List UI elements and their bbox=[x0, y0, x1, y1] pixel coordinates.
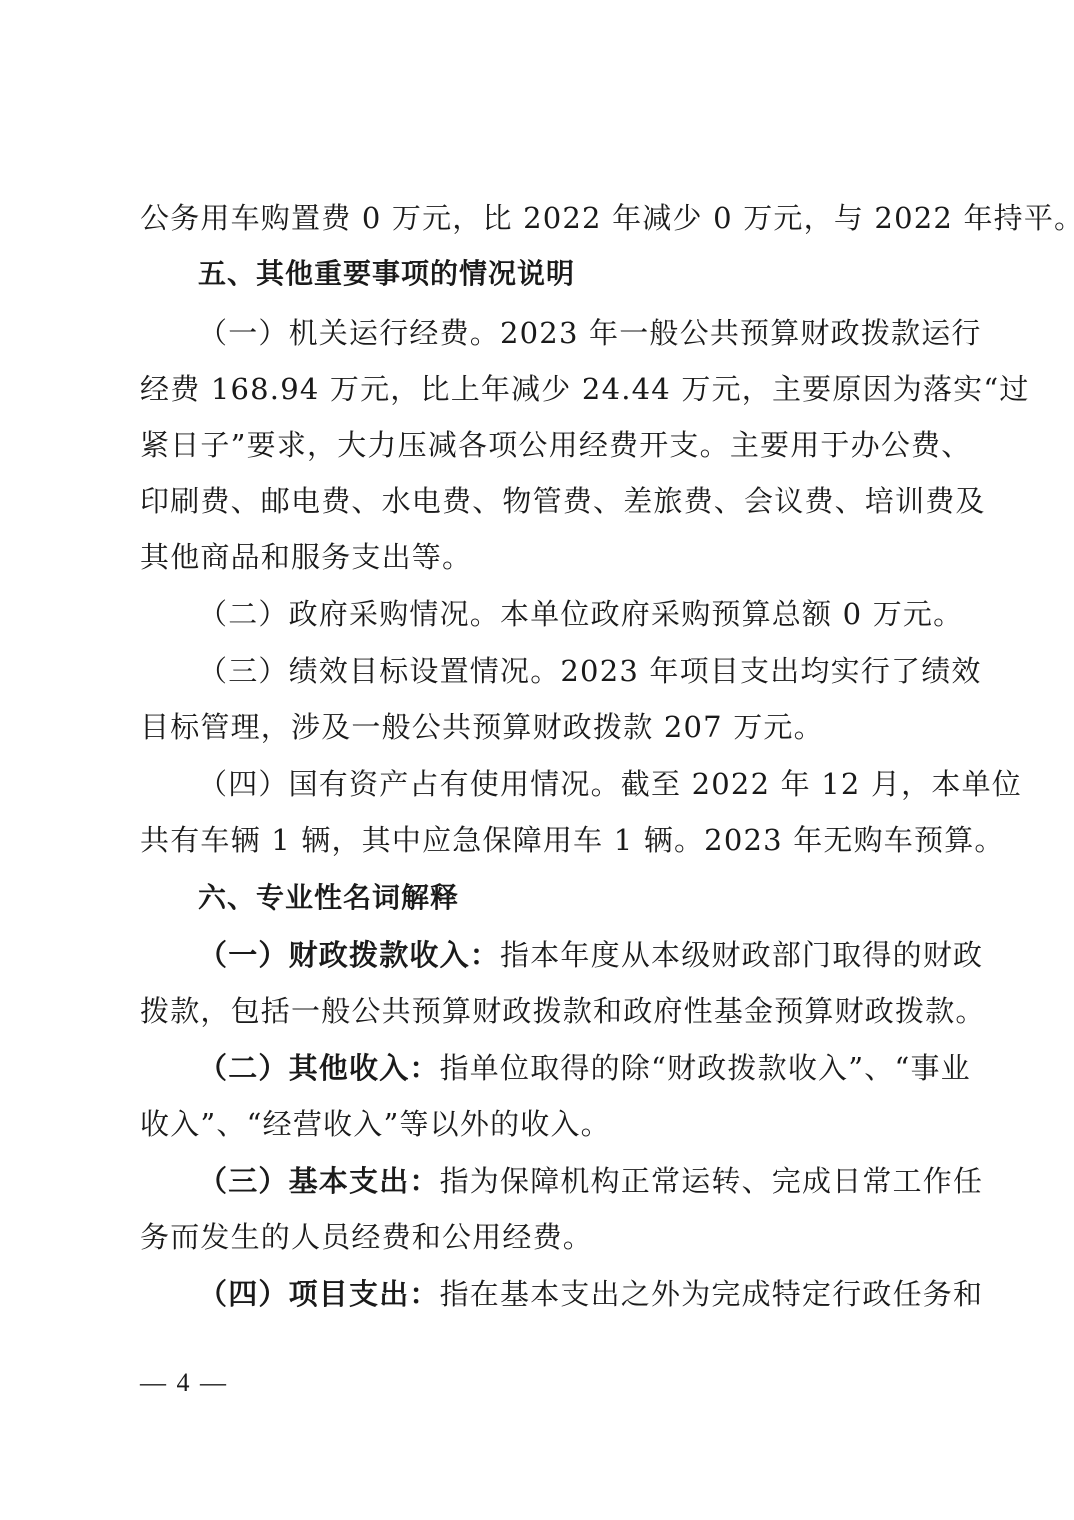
definition-line: 拨款，包括一般公共预算财政拨款和政府性基金预算财政拨款。 bbox=[140, 989, 940, 1033]
definition-line: 收入”、“经营收入”等以外的收入。 bbox=[140, 1102, 940, 1146]
definition-line: （四）项目支出：指在基本支出之外为完成特定行政任务和 bbox=[140, 1272, 998, 1316]
definition-text: 指单位取得的除“财政拨款收入”、“事业 bbox=[440, 1051, 971, 1085]
definition-text: 指在基本支出之外为完成特定行政任务和 bbox=[440, 1277, 984, 1311]
definition-text: 指为保障机构正常运转、完成日常工作任 bbox=[440, 1164, 984, 1198]
definition-text: 指本年度从本级财政部门取得的财政 bbox=[500, 938, 983, 972]
paragraph-line: （四）国有资产占有使用情况。截至 2022 年 12 月，本单位 bbox=[140, 762, 998, 806]
definition-line: （一）财政拨款收入：指本年度从本级财政部门取得的财政 bbox=[140, 933, 998, 977]
definition-term: （三）基本支出： bbox=[198, 1164, 440, 1198]
paragraph-line: 共有车辆 1 辆，其中应急保障用车 1 辆。2023 年无购车预算。 bbox=[140, 818, 940, 862]
paragraph-line: （一）机关运行经费。2023 年一般公共预算财政拨款运行 bbox=[140, 311, 998, 355]
definition-line: （三）基本支出：指为保障机构正常运转、完成日常工作任 bbox=[140, 1159, 998, 1203]
definition-term: （二）其他收入： bbox=[198, 1051, 440, 1085]
paragraph-line: 紧日子”要求，大力压减各项公用经费开支。主要用于办公费、 bbox=[140, 423, 940, 467]
page-number: — 4 — bbox=[140, 1366, 228, 1400]
definition-term: （一）财政拨款收入： bbox=[198, 938, 500, 972]
section-heading-6: 六、专业性名词解释 bbox=[140, 876, 998, 920]
paragraph-line: 其他商品和服务支出等。 bbox=[140, 535, 940, 579]
paragraph-line: 经费 168.94 万元，比上年减少 24.44 万元，主要原因为落实“过 bbox=[140, 367, 940, 411]
definition-line: 务而发生的人员经费和公用经费。 bbox=[140, 1215, 940, 1259]
body-line: 公务用车购置费 0 万元，比 2022 年减少 0 万元，与 2022 年持平。 bbox=[140, 196, 940, 240]
definition-line: （二）其他收入：指单位取得的除“财政拨款收入”、“事业 bbox=[140, 1046, 998, 1090]
paragraph-line: （三）绩效目标设置情况。2023 年项目支出均实行了绩效 bbox=[140, 649, 998, 693]
section-heading-5: 五、其他重要事项的情况说明 bbox=[140, 252, 998, 296]
paragraph-line: （二）政府采购情况。本单位政府采购预算总额 0 万元。 bbox=[140, 592, 998, 636]
paragraph-line: 目标管理，涉及一般公共预算财政拨款 207 万元。 bbox=[140, 705, 940, 749]
paragraph-line: 印刷费、邮电费、水电费、物管费、差旅费、会议费、培训费及 bbox=[140, 479, 940, 523]
definition-term: （四）项目支出： bbox=[198, 1277, 440, 1311]
